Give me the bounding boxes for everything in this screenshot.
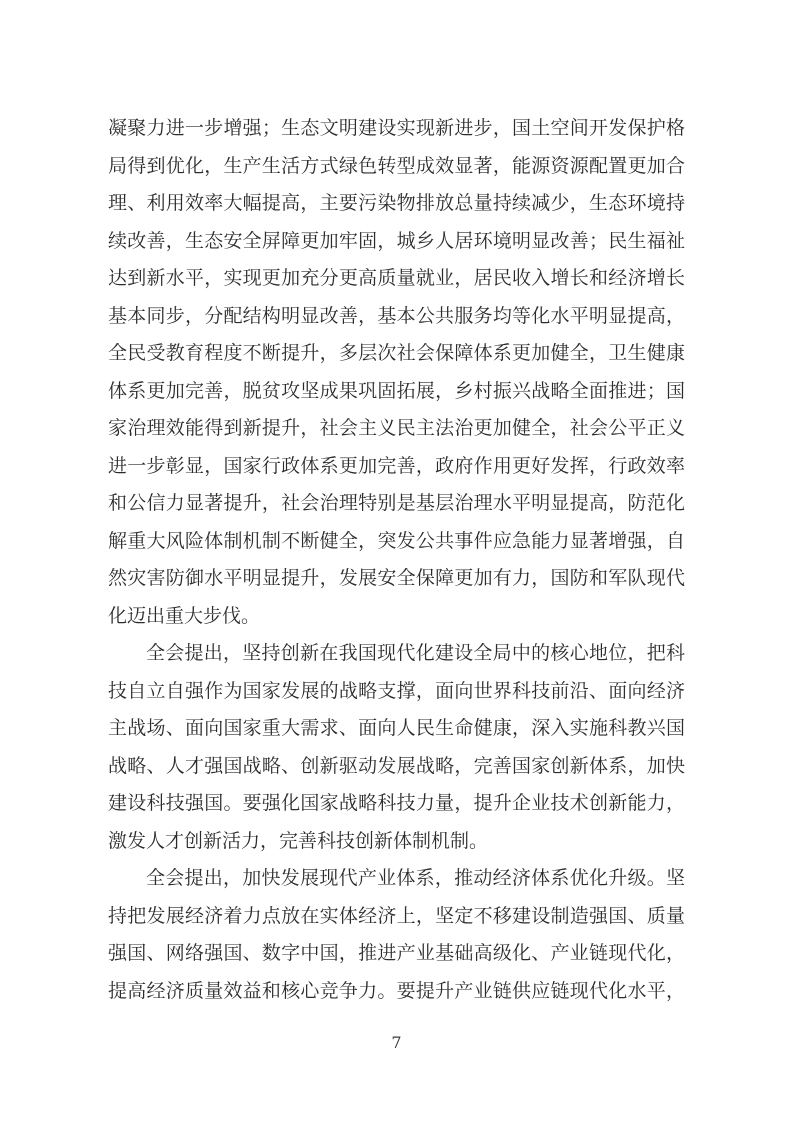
paragraph: 全会提出，加快发展现代产业体系，推动经济体系优化升级。坚 持把发展经济着力点放在… xyxy=(108,860,685,1010)
text-line: 战略、人才强国战略、创新驱动发展战略，完善国家创新体系，加快 xyxy=(108,748,685,786)
text-line: 化迈出重大步伐。 xyxy=(108,598,685,636)
text-line: 基本同步，分配结构明显改善，基本公共服务均等化水平明显提高， xyxy=(108,298,685,336)
paragraph: 凝聚力进一步增强；生态文明建设实现新进步，国土空间开发保护格 局得到优化，生产生… xyxy=(108,110,685,635)
text-line: 全民受教育程度不断提升，多层次社会保障体系更加健全，卫生健康 xyxy=(108,335,685,373)
text-line: 解重大风险体制机制不断健全，突发公共事件应急能力显著增强，自 xyxy=(108,523,685,561)
document-text-block: 凝聚力进一步增强；生态文明建设实现新进步，国土空间开发保护格 局得到优化，生产生… xyxy=(108,110,685,1010)
page-number: 7 xyxy=(0,1033,793,1053)
text-line: 激发人才创新活力，完善科技创新体制机制。 xyxy=(108,823,685,861)
text-line: 强国、网络强国、数字中国，推进产业基础高级化、产业链现代化， xyxy=(108,935,685,973)
document-page: 凝聚力进一步增强；生态文明建设实现新进步，国土空间开发保护格 局得到优化，生产生… xyxy=(0,0,793,1122)
text-line: 凝聚力进一步增强；生态文明建设实现新进步，国土空间开发保护格 xyxy=(108,110,685,148)
paragraph: 全会提出，坚持创新在我国现代化建设全局中的核心地位，把科 技自立自强作为国家发展… xyxy=(108,635,685,860)
text-line: 体系更加完善，脱贫攻坚成果巩固拓展，乡村振兴战略全面推进；国 xyxy=(108,373,685,411)
text-line: 建设科技强国。要强化国家战略科技力量，提升企业技术创新能力， xyxy=(108,785,685,823)
text-line: 主战场、面向国家重大需求、面向人民生命健康，深入实施科教兴国 xyxy=(108,710,685,748)
text-line: 全会提出，加快发展现代产业体系，推动经济体系优化升级。坚 xyxy=(108,860,685,898)
text-line: 理、利用效率大幅提高，主要污染物排放总量持续减少，生态环境持 xyxy=(108,185,685,223)
text-line: 技自立自强作为国家发展的战略支撑，面向世界科技前沿、面向经济 xyxy=(108,673,685,711)
text-line: 达到新水平，实现更加充分更高质量就业，居民收入增长和经济增长 xyxy=(108,260,685,298)
text-line: 和公信力显著提升，社会治理特别是基层治理水平明显提高，防范化 xyxy=(108,485,685,523)
text-line: 局得到优化，生产生活方式绿色转型成效显著，能源资源配置更加合 xyxy=(108,148,685,186)
text-line: 进一步彰显，国家行政体系更加完善，政府作用更好发挥，行政效率 xyxy=(108,448,685,486)
text-line: 持把发展经济着力点放在实体经济上，坚定不移建设制造强国、质量 xyxy=(108,898,685,936)
text-line: 提高经济质量效益和核心竞争力。要提升产业链供应链现代化水平， xyxy=(108,973,685,1011)
text-line: 全会提出，坚持创新在我国现代化建设全局中的核心地位，把科 xyxy=(108,635,685,673)
text-line: 家治理效能得到新提升，社会主义民主法治更加健全，社会公平正义 xyxy=(108,410,685,448)
text-line: 然灾害防御水平明显提升，发展安全保障更加有力，国防和军队现代 xyxy=(108,560,685,598)
text-line: 续改善，生态安全屏障更加牢固，城乡人居环境明显改善；民生福祉 xyxy=(108,223,685,261)
